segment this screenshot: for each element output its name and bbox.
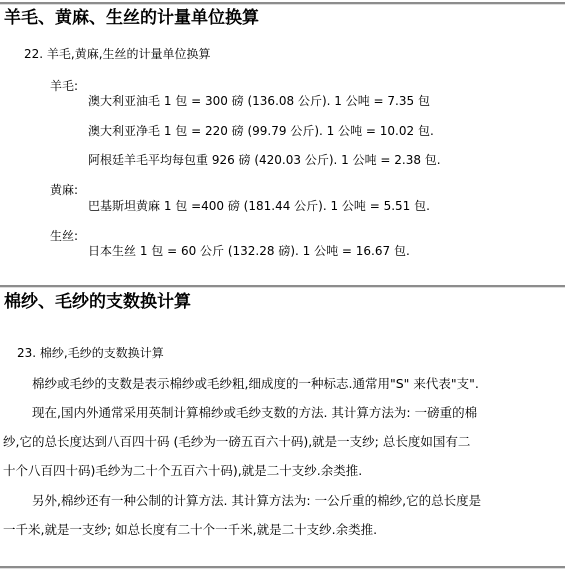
conversion-line: 巴基斯坦黄麻 1 包 =400 磅 (181.44 公斤). 1 公吨 = 5.… — [88, 199, 430, 213]
paragraph-line: 另外,棉纱还有一种公制的计算方法. 其计算方法为: 一公斤重的棉纱,它的总长度是 — [32, 494, 481, 508]
paragraph-line: 十个八百四十码)毛纱为二十个五百六十码),就是二十支纱.余类推. — [3, 464, 362, 478]
paragraph-line: 现在,国内外通常采用英制计算棉纱或毛纱支数的方法. 其计算方法为: 一磅重的棉 — [32, 406, 477, 420]
item-title-22: 22. 羊毛,黄麻,生丝的计量单位换算 — [24, 47, 211, 61]
paragraph-line: 纱,它的总长度达到八百四十码 (毛纱为一磅五百六十码),就是一支纱; 总长度如国… — [3, 435, 470, 449]
horizontal-rule-top — [0, 2, 565, 5]
group-label-raw-silk: 生丝: — [50, 229, 78, 243]
group-label-jute: 黄麻: — [50, 183, 78, 197]
section-heading-yarn-count: 棉纱、毛纱的支数换计算 — [4, 292, 191, 312]
conversion-line: 澳大利亚净毛 1 包 = 220 磅 (99.79 公斤). 1 公吨 = 10… — [88, 124, 434, 138]
horizontal-rule-bottom — [0, 566, 565, 569]
section-heading-wool-jute-silk: 羊毛、黄麻、生丝的计量单位换算 — [4, 8, 259, 28]
horizontal-rule-middle — [0, 285, 565, 288]
paragraph-line: 一千米,就是一支纱; 如总长度有二十个一千米,就是二十支纱.余类推. — [3, 523, 377, 537]
conversion-line: 日本生丝 1 包 = 60 公斤 (132.28 磅). 1 公吨 = 16.6… — [88, 244, 410, 258]
conversion-line: 澳大利亚油毛 1 包 = 300 磅 (136.08 公斤). 1 公吨 = 7… — [88, 94, 430, 108]
conversion-line: 阿根廷羊毛平均每包重 926 磅 (420.03 公斤). 1 公吨 = 2.3… — [88, 153, 441, 167]
group-label-wool: 羊毛: — [50, 79, 78, 93]
paragraph-line: 棉纱或毛纱的支数是表示棉纱或毛纱粗,细成度的一种标志.通常用"S" 来代表"支"… — [32, 377, 479, 391]
item-title-23: 23. 棉纱,毛纱的支数换计算 — [17, 346, 164, 360]
